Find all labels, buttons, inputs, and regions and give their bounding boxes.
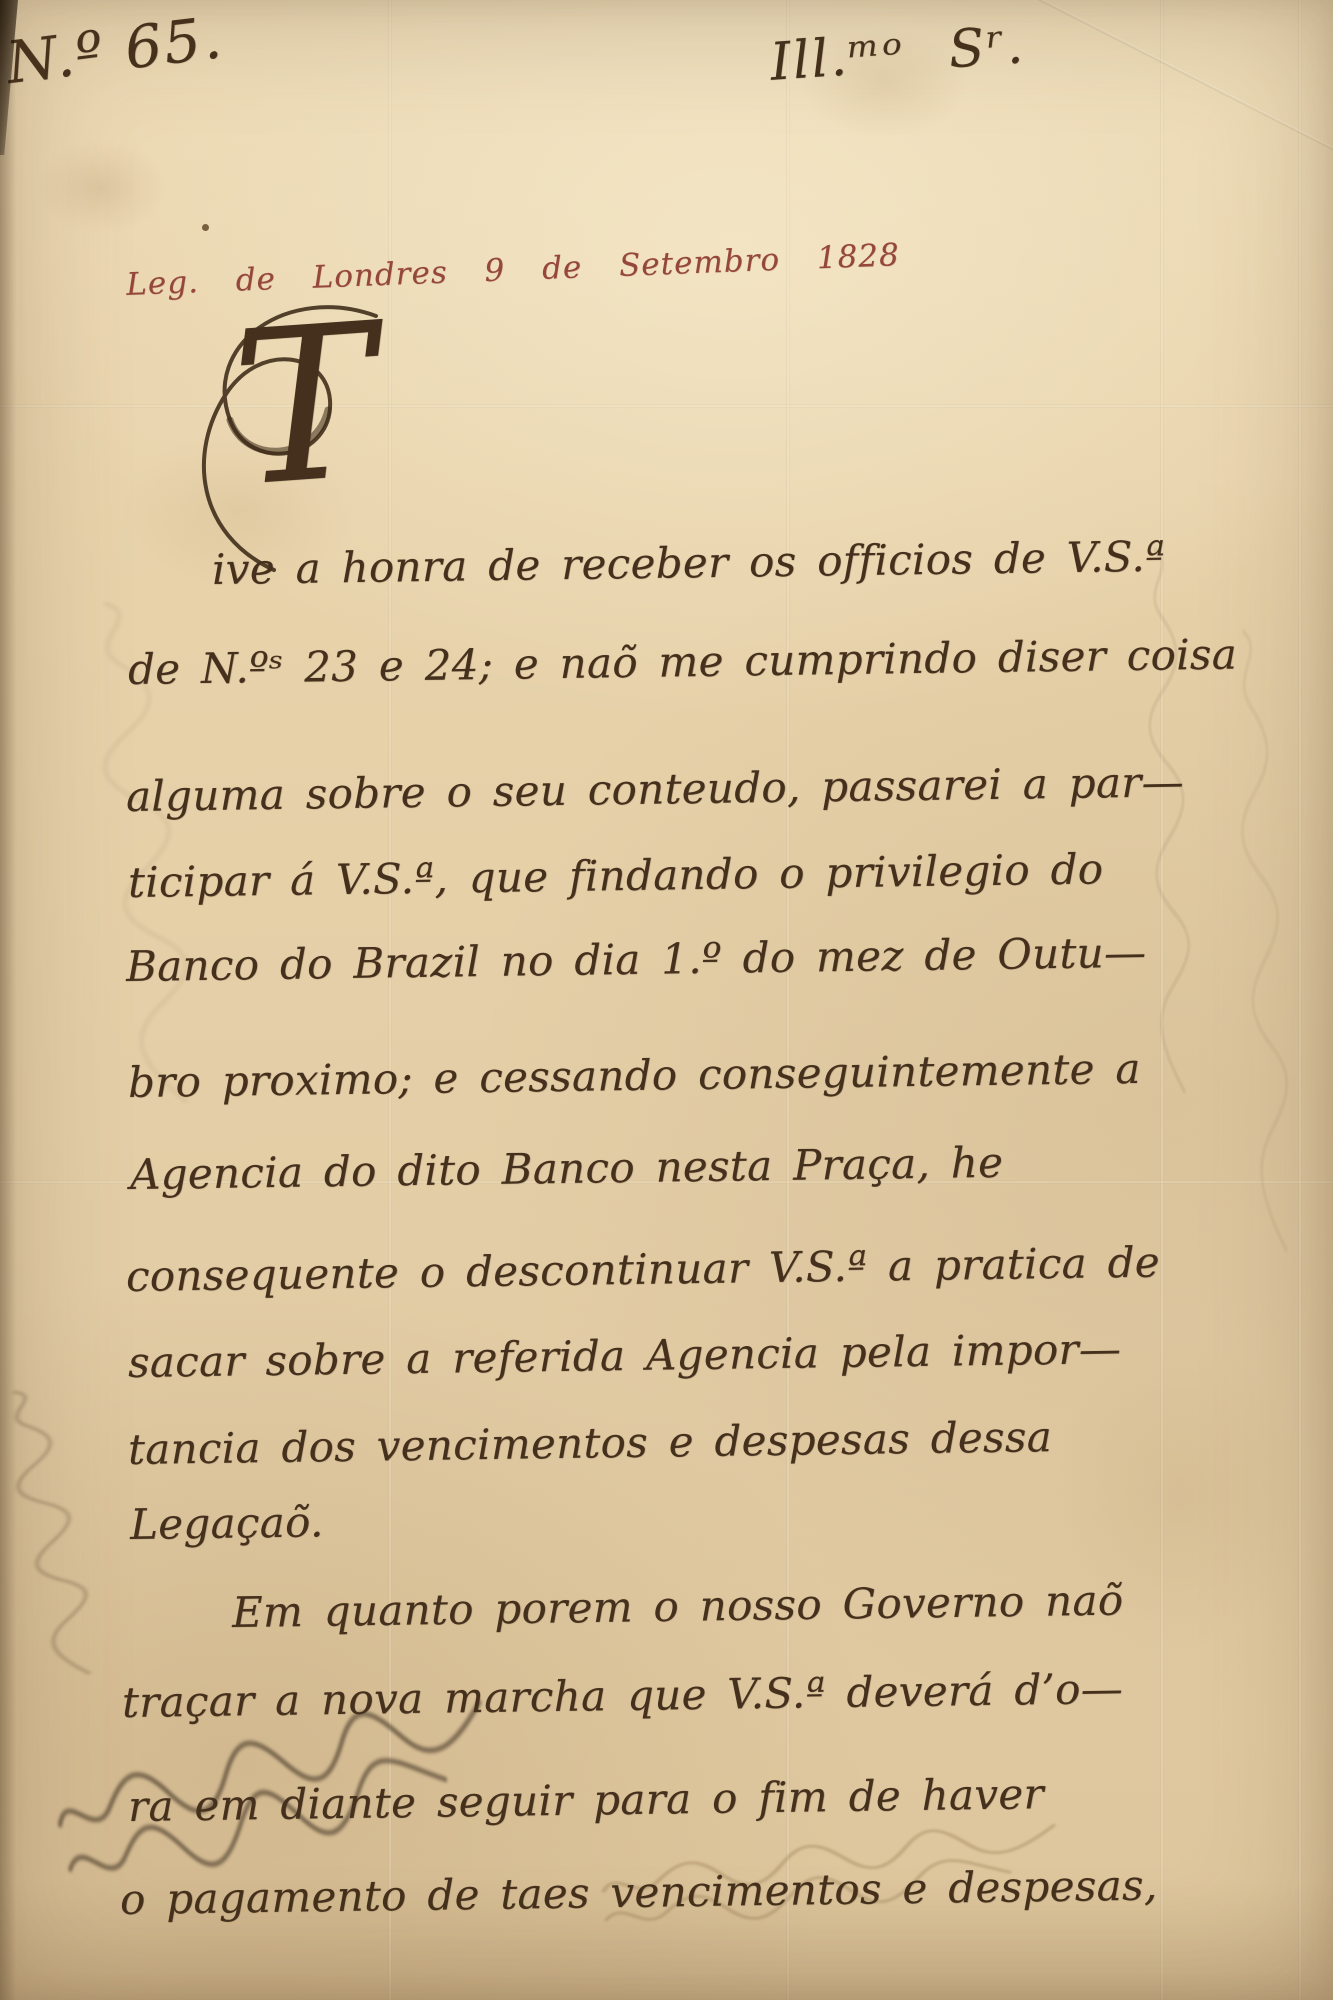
reference-number: N.º 65. <box>3 3 227 97</box>
body-line: tancia dos vencimentos e despesas dessa <box>128 1412 1053 1474</box>
body-line: ticipar á V.S.ª, que findando o privileg… <box>128 844 1104 907</box>
drop-cap-letter: T <box>227 295 383 516</box>
body-line: Em quanto porem o nosso Governo naõ <box>232 1576 1124 1637</box>
bleed-through-ink <box>0 1380 110 1686</box>
binding-edge-shadow <box>0 0 16 2000</box>
ink-squiggle <box>0 1380 110 1685</box>
diagonal-corner-crease <box>1014 0 1333 183</box>
ink-squiggle <box>1140 540 1200 1101</box>
body-line: traçar a nova marcha que V.S.ª deverá d’… <box>122 1664 1124 1727</box>
page-edge-crease <box>1298 0 1302 2000</box>
body-line: Legaçaõ. <box>130 1497 324 1549</box>
body-line: alguma sobre o seu conteudo, passarei a … <box>126 757 1185 821</box>
paper-stain <box>36 140 166 235</box>
bleed-through-ink <box>1136 540 1200 1101</box>
body-line: Agencia do dito Banco nesta Praça, he <box>130 1138 1004 1199</box>
ink-spot <box>202 224 209 231</box>
bleed-through-ink <box>1224 620 1301 1261</box>
ink-squiggle <box>1228 620 1301 1261</box>
body-line: ra em diante seguir para o fim de haver <box>128 1769 1045 1831</box>
body-line: consequente o descontinuar V.S.ª a prati… <box>126 1238 1161 1301</box>
vertical-fold-crease <box>1160 0 1164 2000</box>
body-line: de N.ºˢ 23 e 24; e naõ me cumprindo dise… <box>128 630 1238 694</box>
salutation: Ill.ᵐᵒ Sʳ. <box>768 15 1027 93</box>
body-line: bro proximo; e cessando conseguintemente… <box>128 1044 1141 1107</box>
body-line: sacar sobre a referida Agencia pela impo… <box>128 1324 1122 1387</box>
body-line: Banco do Brazil no dia 1.º do mez de Out… <box>126 928 1147 991</box>
manuscript-page: N.º 65. Ill.ᵐᵒ Sʳ. Leg. de Londres 9 de … <box>0 0 1333 2000</box>
